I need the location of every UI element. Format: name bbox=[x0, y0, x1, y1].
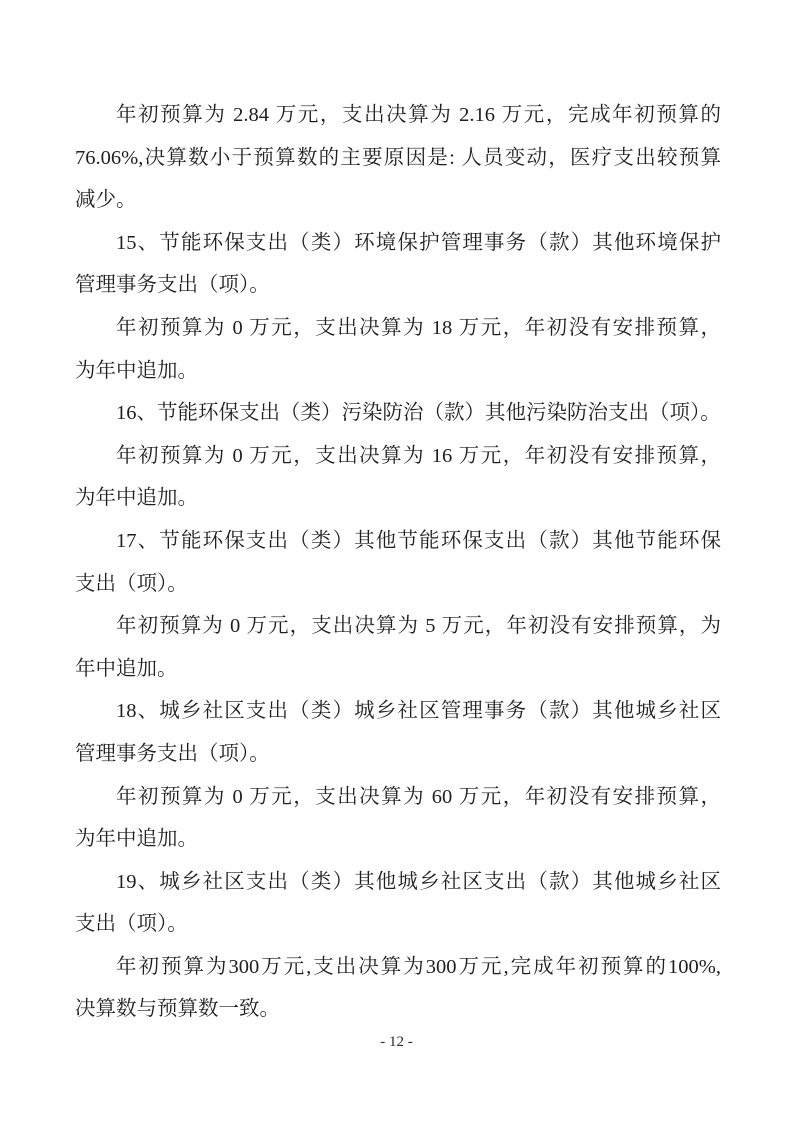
text-line: 16、节能环保支出（类）污染防治（款）其他污染防治支出（项）。 bbox=[75, 392, 721, 435]
text-line: 17、节能环保支出（类）其他节能环保支出（款）其他节能环保 bbox=[75, 520, 721, 563]
text-line: 年初预算为 0 万元，支出决算为 16 万元，年初没有安排预算， bbox=[75, 435, 721, 478]
text-line: 支出（项）。 bbox=[75, 903, 721, 946]
document-body: 年初预算为 2.84 万元，支出决算为 2.16 万元，完成年初预算的 76.0… bbox=[75, 94, 721, 1031]
text-line: 年中追加。 bbox=[75, 648, 721, 691]
text-line: 18、城乡社区支出（类）城乡社区管理事务（款）其他城乡社区 bbox=[75, 690, 721, 733]
para-item-17-detail: 年初预算为 0 万元，支出决算为 5 万元，年初没有安排预算，为 年中追加。 bbox=[75, 605, 721, 690]
para-item-15: 15、节能环保支出（类）环境保护管理事务（款）其他环境保护 管理事务支出（项）。 bbox=[75, 222, 721, 307]
text-line: 年初预算为 0 万元，支出决算为 18 万元，年初没有安排预算， bbox=[75, 307, 721, 350]
text-line: 年初预算为300万元,支出决算为300万元,完成年初预算的100%, bbox=[75, 946, 721, 989]
text-line: 支出（项）。 bbox=[75, 563, 721, 606]
para-item-18-detail: 年初预算为 0 万元，支出决算为 60 万元，年初没有安排预算， 为年中追加。 bbox=[75, 776, 721, 861]
text-line: 年初预算为 0 万元，支出决算为 60 万元，年初没有安排预算， bbox=[75, 776, 721, 819]
para-item-19: 19、城乡社区支出（类）其他城乡社区支出（款）其他城乡社区 支出（项）。 bbox=[75, 861, 721, 946]
text-line: 76.06%,决算数小于预算数的主要原因是: 人员变动，医疗支出较预算 bbox=[75, 137, 721, 180]
text-line: 为年中追加。 bbox=[75, 477, 721, 520]
document-page: 年初预算为 2.84 万元，支出决算为 2.16 万元，完成年初预算的 76.0… bbox=[0, 0, 793, 1122]
text-line: 年初预算为 2.84 万元，支出决算为 2.16 万元，完成年初预算的 bbox=[75, 94, 721, 137]
text-line: 管理事务支出（项）。 bbox=[75, 264, 721, 307]
text-line: 减少。 bbox=[75, 179, 721, 222]
text-line: 管理事务支出（项）。 bbox=[75, 733, 721, 776]
text-line: 19、城乡社区支出（类）其他城乡社区支出（款）其他城乡社区 bbox=[75, 861, 721, 904]
para-item-17: 17、节能环保支出（类）其他节能环保支出（款）其他节能环保 支出（项）。 bbox=[75, 520, 721, 605]
page-number: - 12 - bbox=[0, 1034, 793, 1051]
text-line: 决算数与预算数一致。 bbox=[75, 988, 721, 1031]
para-item-16: 16、节能环保支出（类）污染防治（款）其他污染防治支出（项）。 bbox=[75, 392, 721, 435]
para-item-15-detail: 年初预算为 0 万元，支出决算为 18 万元，年初没有安排预算， 为年中追加。 bbox=[75, 307, 721, 392]
para-item-19-detail: 年初预算为300万元,支出决算为300万元,完成年初预算的100%, 决算数与预… bbox=[75, 946, 721, 1031]
text-line: 为年中追加。 bbox=[75, 818, 721, 861]
text-line: 15、节能环保支出（类）环境保护管理事务（款）其他环境保护 bbox=[75, 222, 721, 265]
text-line: 为年中追加。 bbox=[75, 350, 721, 393]
para-item-16-detail: 年初预算为 0 万元，支出决算为 16 万元，年初没有安排预算， 为年中追加。 bbox=[75, 435, 721, 520]
para-item-18: 18、城乡社区支出（类）城乡社区管理事务（款）其他城乡社区 管理事务支出（项）。 bbox=[75, 690, 721, 775]
para-budget-note: 年初预算为 2.84 万元，支出决算为 2.16 万元，完成年初预算的 76.0… bbox=[75, 94, 721, 222]
text-line: 年初预算为 0 万元，支出决算为 5 万元，年初没有安排预算，为 bbox=[75, 605, 721, 648]
